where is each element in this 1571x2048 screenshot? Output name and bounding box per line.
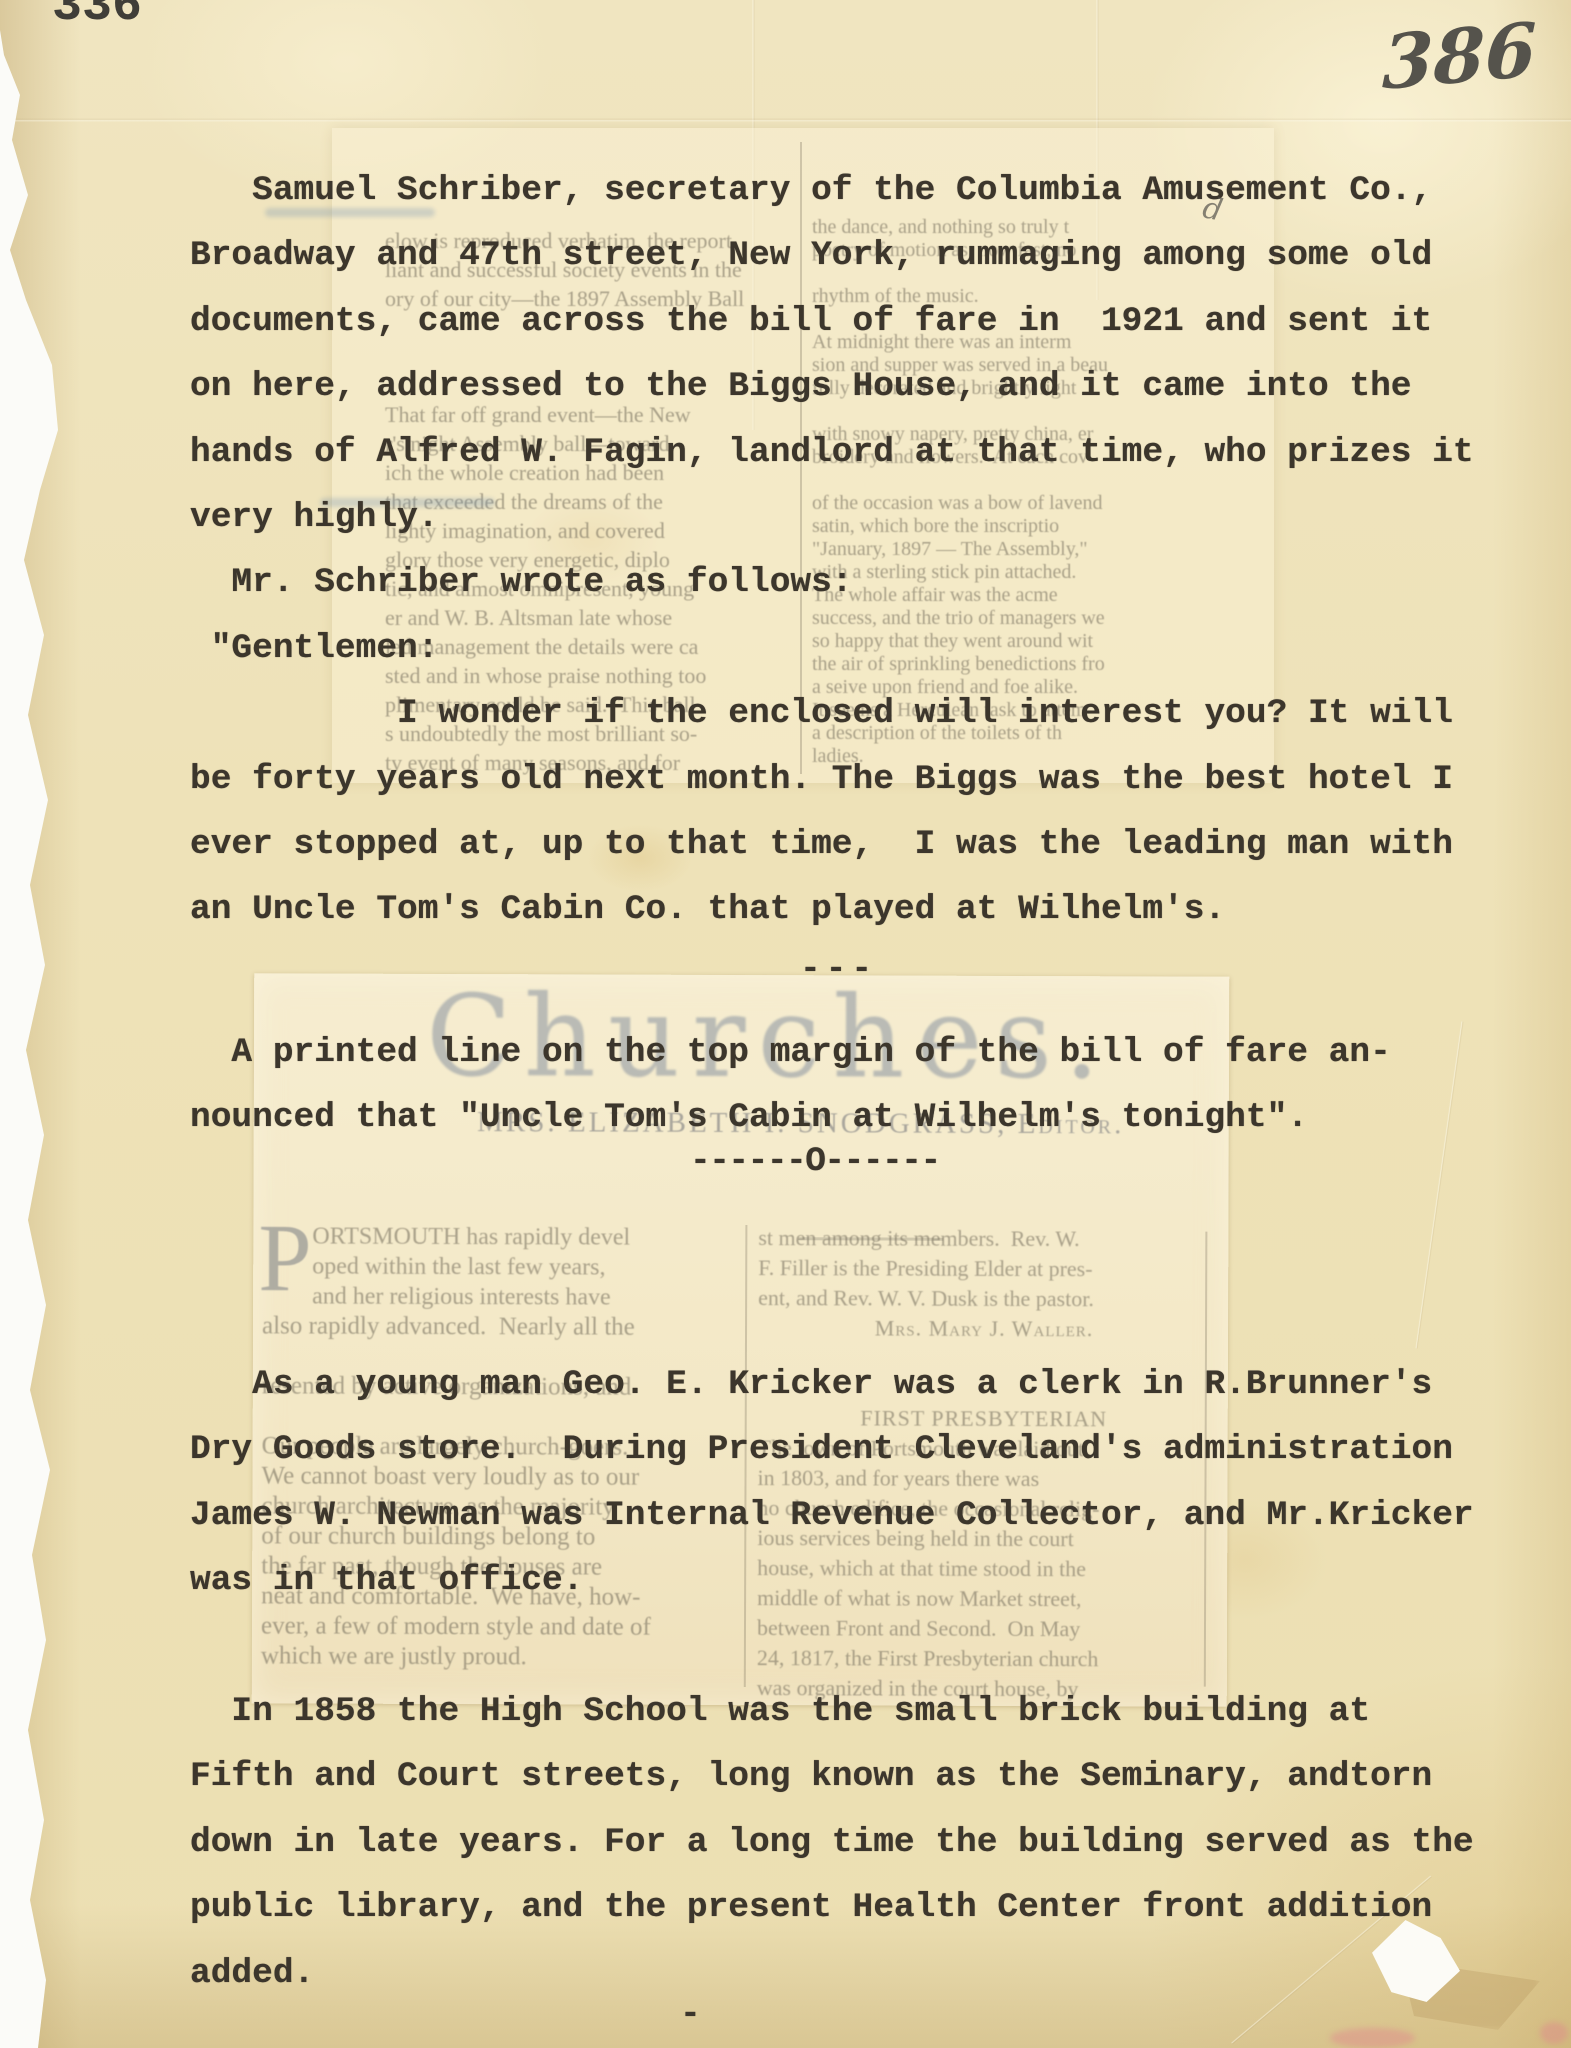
newsprint-line: 24, 1817, the First Presbyterian church xyxy=(757,1643,1209,1675)
typed-separator: --- xyxy=(800,950,877,989)
typed-line: In 1858 the High School was the small br… xyxy=(190,1679,1474,1744)
typed-line: I wonder if the enclosed will interest y… xyxy=(190,681,1474,746)
typed-line: Samuel Schriber, secretary of the Columb… xyxy=(190,158,1474,223)
typed-line: an Uncle Tom's Cabin Co. that played at … xyxy=(190,877,1474,942)
typed-paragraph-4: In 1858 the High School was the small br… xyxy=(190,1679,1474,2006)
typed-line: A printed line on the top margin of the … xyxy=(190,1020,1391,1085)
typed-line: ever stopped at, up to that time, I was … xyxy=(190,812,1474,877)
newsprint-column-left-head: ORTSMOUTH has rapidly developed within t… xyxy=(312,1222,732,1313)
typed-paragraph-2: A printed line on the top margin of the … xyxy=(190,1020,1391,1151)
typed-line: Dry Goods store. During President Clevel… xyxy=(190,1417,1474,1482)
newsprint-line: oped within the last few years, xyxy=(312,1252,732,1283)
typed-paragraph-1: Samuel Schriber, secretary of the Columb… xyxy=(190,158,1474,943)
newsprint-line: also rapidly advanced. Nearly all the xyxy=(262,1311,742,1343)
newsprint-line: ever, a few of modern style and date of xyxy=(261,1611,741,1643)
newsprint-line: F. Filler is the Presiding Elder at pres… xyxy=(758,1253,1210,1285)
page-number-top-right: 386 xyxy=(1382,7,1537,107)
newsprint-line: Mrs. Mary J. Waller. xyxy=(758,1313,1210,1345)
typed-separator-o: ------O------ xyxy=(690,1142,940,1181)
drop-cap: P xyxy=(258,1210,312,1306)
page-number-top-left: 336 xyxy=(52,0,142,35)
typed-line: Mr. Schriber wrote as follows: xyxy=(190,550,1474,615)
typed-line: very highly. xyxy=(190,485,1474,550)
typed-line: public library, and the present Health C… xyxy=(190,1875,1474,1940)
typed-line: documents, came across the bill of fare … xyxy=(190,289,1474,354)
newsprint-line: ent, and Rev. W. V. Dusk is the pastor. xyxy=(758,1283,1210,1315)
typed-line: nounced that "Uncle Tom's Cabin at Wilhe… xyxy=(190,1085,1391,1150)
typed-line: Fifth and Court streets, long known as t… xyxy=(190,1744,1474,1809)
pink-smudge xyxy=(1330,2028,1415,2048)
typed-line: Broadway and 47th street, New York, rumm… xyxy=(190,223,1474,288)
newsprint-line: and her religious interests have xyxy=(312,1282,732,1313)
paper-crease xyxy=(0,118,1571,122)
typed-line: "Gentlemen: xyxy=(190,616,1474,681)
paper-crease xyxy=(1415,1021,1464,1348)
scanned-document: elow is reproduced verbatim, the reportl… xyxy=(0,0,1571,2048)
typed-paragraph-3: As a young man Geo. E. Kricker was a cle… xyxy=(190,1352,1474,1614)
typed-footer-mark: - xyxy=(680,1995,701,2034)
typed-line: As a young man Geo. E. Kricker was a cle… xyxy=(190,1352,1474,1417)
typed-line: hands of Alfred W. Fagin, landlord at th… xyxy=(190,420,1474,485)
document-page: elow is reproduced verbatim, the reportl… xyxy=(0,0,1571,2048)
newsprint-line: st men among its members. Rev. W. xyxy=(758,1223,1210,1255)
typed-line: be forty years old next month. The Biggs… xyxy=(190,747,1474,812)
typed-line: was in that office. xyxy=(190,1548,1474,1613)
typed-line: James W. Newman was Internal Revenue Col… xyxy=(190,1483,1474,1548)
newsprint-line: ORTSMOUTH has rapidly devel xyxy=(312,1222,732,1253)
typed-line: down in late years. For a long time the … xyxy=(190,1810,1474,1875)
typed-line: added. xyxy=(190,1941,1474,2006)
newsprint-line: between Front and Second. On May xyxy=(757,1613,1209,1645)
pink-smudge xyxy=(1540,2022,1568,2044)
typed-line: on here, addressed to the Biggs House, a… xyxy=(190,354,1474,419)
newsprint-line: which we are justly proud. xyxy=(261,1641,741,1673)
